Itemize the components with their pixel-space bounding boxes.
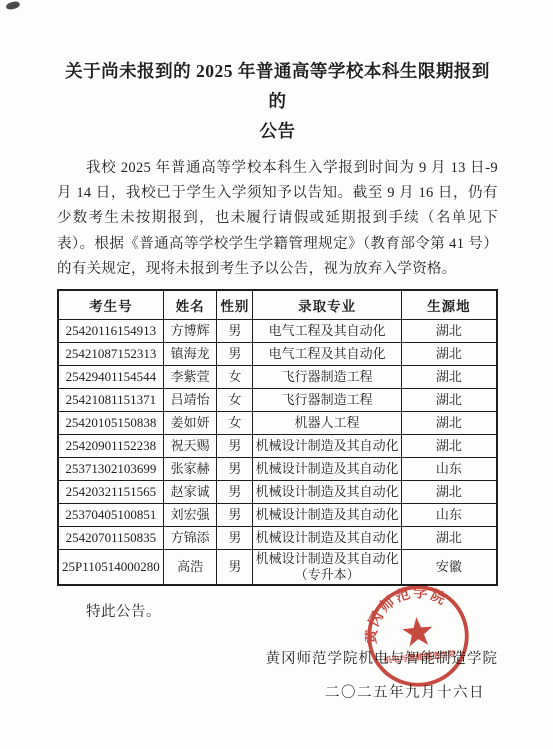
table-cell: 25420105150838 — [58, 412, 163, 435]
table-cell: 湖北 — [401, 527, 497, 550]
table-cell: 25421087152313 — [58, 343, 163, 366]
header-exam-number: 考生号 — [58, 290, 163, 320]
table-cell: 机械设计制造及其自动化 — [253, 435, 401, 458]
table-cell: 男 — [217, 435, 253, 458]
table-cell: 电气工程及其自动化 — [253, 343, 401, 366]
table-cell: 山东 — [401, 504, 497, 527]
table-cell: 机械设计制造及其自动化 — [253, 504, 401, 527]
table-row: 25420901152238祝天赐男机械设计制造及其自动化湖北 — [58, 435, 497, 458]
table-cell: 机械设计制造及其自动化 — [253, 481, 401, 504]
table-cell: 赵家诚 — [163, 481, 217, 504]
issuing-department: 黄冈师范学院机电与智能制造学院 — [57, 647, 498, 668]
table-row: 25371302103699张家赫男机械设计制造及其自动化山东 — [58, 458, 497, 481]
table-cell: 方博辉 — [163, 320, 217, 343]
announcement-body: 我校 2025 年普通高等学校本科生入学报到时间为 9 月 13 日-9 月 1… — [57, 156, 498, 282]
table-cell: 祝天赐 — [163, 435, 217, 458]
table-cell: 飞行器制造工程 — [253, 389, 401, 412]
table-cell: 25370405100851 — [58, 504, 163, 527]
header-name: 姓名 — [163, 290, 217, 320]
table-cell: 男 — [217, 550, 253, 586]
table-cell: 机械设计制造及其自动化 — [253, 527, 401, 550]
table-cell: 刘宏强 — [163, 504, 217, 527]
table-cell: 湖北 — [401, 343, 497, 366]
table-cell: 高浩 — [163, 550, 217, 586]
table-cell: 湖北 — [401, 366, 497, 389]
table-row: 25429401154544李紫萱女飞行器制造工程湖北 — [58, 366, 497, 389]
table-cell: 25421081151371 — [58, 389, 163, 412]
table-cell: 25420701150835 — [58, 527, 163, 550]
table-cell: 男 — [217, 458, 253, 481]
table-header-row: 考生号 姓名 性别 录取专业 生源地 — [58, 290, 497, 320]
table-cell: 李紫萱 — [163, 366, 217, 389]
header-admitted-major: 录取专业 — [253, 290, 401, 320]
table-cell: 25420901152238 — [58, 435, 163, 458]
table-cell: 25420116154913 — [58, 320, 163, 343]
table-cell: 湖北 — [401, 481, 497, 504]
table-cell: 张家赫 — [163, 458, 217, 481]
table-cell: 镇海龙 — [163, 343, 217, 366]
table-row: 25420116154913方博辉男电气工程及其自动化湖北 — [58, 320, 497, 343]
table-cell: 湖北 — [401, 389, 497, 412]
table-cell: 女 — [217, 412, 253, 435]
table-cell: 男 — [217, 504, 253, 527]
table-cell: 山东 — [401, 458, 497, 481]
table-row: 25370405100851刘宏强男机械设计制造及其自动化山东 — [58, 504, 497, 527]
table-cell: 姜如妍 — [163, 412, 217, 435]
table-cell: 男 — [217, 527, 253, 550]
table-row: 25420105150838姜如妍女机器人工程湖北 — [58, 412, 497, 435]
report-table-body: 25420116154913方博辉男电气工程及其自动化湖北25421087152… — [58, 320, 497, 586]
table-cell: 湖北 — [401, 435, 497, 458]
table-cell: 机械设计制造及其自动化 — [253, 458, 401, 481]
table-cell: 25429401154544 — [58, 366, 163, 389]
table-row: 25P110514000280高浩男机械设计制造及其自动化（专升本）安徽 — [58, 550, 497, 586]
table-cell: 女 — [217, 389, 253, 412]
closing-line: 特此公告。 — [57, 600, 498, 621]
table-cell: 女 — [217, 366, 253, 389]
table-cell: 飞行器制造工程 — [253, 366, 401, 389]
unreported-students-table: 考生号 姓名 性别 录取专业 生源地 25420116154913方博辉男电气工… — [57, 289, 498, 586]
table-cell: 机器人工程 — [253, 412, 401, 435]
table-cell: 湖北 — [401, 320, 497, 343]
title-line-2: 公告 — [57, 116, 498, 146]
title-line-1: 关于尚未报到的 2025 年普通高等学校本科生限期报到的 — [57, 56, 498, 116]
table-cell: 安徽 — [401, 550, 497, 586]
table-cell: 方锦添 — [163, 527, 217, 550]
header-gender: 性别 — [217, 290, 253, 320]
table-cell: 男 — [217, 320, 253, 343]
table-row: 25420701150835方锦添男机械设计制造及其自动化湖北 — [58, 527, 497, 550]
header-origin-province: 生源地 — [401, 290, 497, 320]
table-cell: 25420321151565 — [58, 481, 163, 504]
table-row: 25420321151565赵家诚男机械设计制造及其自动化湖北 — [58, 481, 497, 504]
table-cell: 机械设计制造及其自动化（专升本） — [253, 550, 401, 586]
table-cell: 25P110514000280 — [58, 550, 163, 586]
table-cell: 男 — [217, 343, 253, 366]
announcement-document: 关于尚未报到的 2025 年普通高等学校本科生限期报到的 公告 我校 2025 … — [0, 0, 553, 749]
table-cell: 25371302103699 — [58, 458, 163, 481]
document-title: 关于尚未报到的 2025 年普通高等学校本科生限期报到的 公告 — [57, 56, 498, 146]
table-row: 25421087152313镇海龙男电气工程及其自动化湖北 — [58, 343, 497, 366]
table-cell: 吕靖怡 — [163, 389, 217, 412]
table-cell: 男 — [217, 481, 253, 504]
table-cell: 湖北 — [401, 412, 497, 435]
table-cell: 电气工程及其自动化 — [253, 320, 401, 343]
document-content: 关于尚未报到的 2025 年普通高等学校本科生限期报到的 公告 我校 2025 … — [57, 0, 498, 702]
table-row: 25421081151371吕靖怡女飞行器制造工程湖北 — [58, 389, 497, 412]
issue-date: 二〇二五年九月十六日 — [57, 681, 498, 702]
scan-artifact — [5, 0, 20, 10]
